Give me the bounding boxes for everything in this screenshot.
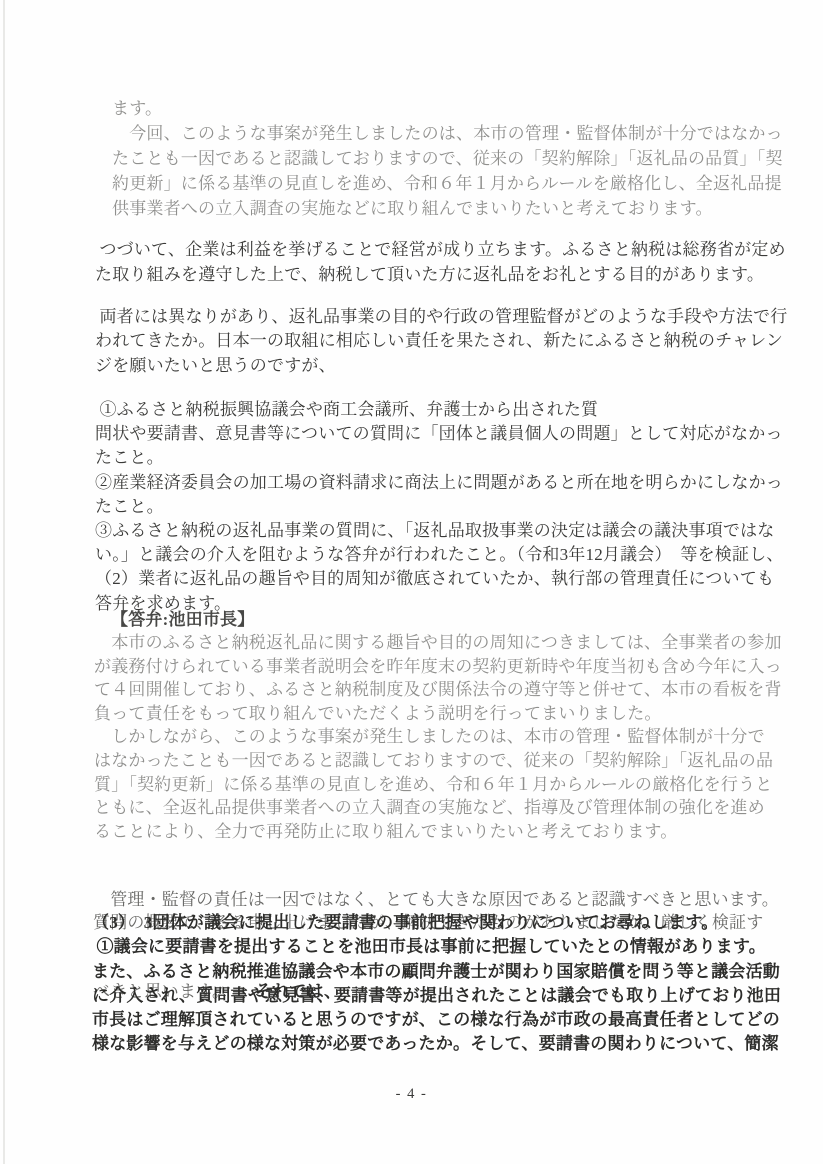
text-line: ③ふるさと納税の返礼品事業の質問に、「返礼品取扱事業の決定は議会の議決事項ではな	[95, 519, 784, 543]
question-difference-paragraph: 両者には異なりがあり、返礼品事業の目的や行政の管理監督がどのような手段や方法で行…	[95, 305, 787, 378]
text-line: た取り組みを遵守した上で、納税して頂いた方に返礼品をお礼とする目的があります。	[95, 263, 786, 288]
text-line: 約更新」に係る基準の見直しを進め、令和６年１月からルールを厳格化し、全返礼品提	[112, 171, 783, 196]
page-number: - 4 -	[0, 1086, 823, 1103]
question-intro-paragraph: つづいて、企業は利益を挙げることで経営が成り立ちます。ふるさと納税は総務省が定め…	[95, 238, 786, 287]
text-line: しかしながら、このような事案が発生しましたのは、本市の管理・監督体制が十分で	[94, 725, 782, 749]
text-line: 両者には異なりがあり、返礼品事業の目的や行政の管理監督がどのような手段や方法で行	[95, 305, 787, 329]
text-line: （2）業者に返礼品の趣旨や目的周知が徹底されていたか、執行部の管理責任についても	[95, 567, 784, 591]
text-line: つづいて、企業は利益を挙げることで経営が成り立ちます。ふるさと納税は総務省が定め	[95, 238, 786, 263]
text-line: 様な影響を与えどの様な対策が必要であったか。そして、要請書の関わりについて、簡潔	[92, 1032, 781, 1056]
text-line: ます。	[112, 96, 783, 121]
answer-header: 【答弁:池田市長】	[111, 608, 254, 632]
question-three-section: （3） 3団体が議会に提出した要請書の事前把握や関わりについてお尋ねします。 ①…	[92, 911, 781, 1057]
text-line: ジを願いたいと思うのですが、	[95, 354, 787, 378]
text-line: （3） 3団体が議会に提出した要請書の事前把握や関わりについてお尋ねします。	[92, 911, 781, 935]
text-line: はなかったことも一因であると認識しておりますので、従来の「契約解除」「返礼品の品	[94, 749, 782, 773]
text-line: また、ふるさと納税推進協議会や本市の顧問弁護士が関わり国家賠償を問う等と議会活動	[92, 960, 781, 984]
text-line: て４回開催しており、ふるさと納税制度及び関係法令の遵守等と併せて、本市の看板を背	[94, 678, 782, 702]
text-line: 質」「契約更新」に係る基準の見直しを進め、令和６年１月からルールの厳格化を行うと	[94, 773, 782, 797]
text-line: に介入され、質問書や意見書、要請書等が提出されたことは議会でも取り上げており池田	[92, 984, 781, 1008]
text-line: 負って責任をもって取り組んでいただくよう説明を行ってまいりました。	[94, 702, 782, 726]
text-line: ②産業経済委員会の加工場の資料請求に商法上に問題があると所在地を明らかにしなかっ	[95, 471, 784, 495]
text-line: 問状や要請書、意見書等についての質問に「団体と議員個人の問題」として対応がなかっ	[95, 422, 784, 446]
text-line: ①ふるさと納税振興協議会や商工会議所、弁護士から出された質	[95, 398, 784, 422]
text-line: ることにより、全力で再発防止に取り組んでまいりたいと考えております。	[94, 820, 782, 844]
scanned-document-page: ます。 今回、このような事案が発生しましたのは、本市の管理・監督体制が十分ではな…	[0, 0, 823, 1164]
text-line: い。」と議会の介入を阻むような答弁が行われたこと。（令和3年12月議会） 等を検…	[95, 543, 784, 567]
mayor-answer-paragraph: 本市のふるさと納税返礼品に関する趣旨や目的の周知につきましては、全事業者の参加が…	[94, 631, 782, 843]
text-line: 今回、このような事案が発生しましたのは、本市の管理・監督体制が十分ではなかっ	[112, 121, 783, 146]
text-line: 供事業者への立入調査の実施などに取り組んでまいりたいと考えております。	[112, 196, 783, 221]
mayor-answer-continuation-paragraph: ます。 今回、このような事案が発生しましたのは、本市の管理・監督体制が十分ではな…	[112, 96, 783, 221]
text-line: 市長はご理解頂されていると思うのですが、この様な行為が市政の最高責任者としてどの	[92, 1008, 781, 1032]
text-line: 本市のふるさと納税返礼品に関する趣旨や目的の周知につきましては、全事業者の参加	[94, 631, 782, 655]
text-line: われてきたか。日本一の取組に相応しい責任を果たされ、新たにふるさと納税のチャレン	[95, 329, 787, 353]
text-line: たこと。	[95, 495, 784, 519]
text-line: たこと。	[95, 446, 784, 470]
question-items-list: ①ふるさと納税振興協議会や商工会議所、弁護士から出された質問状や要請書、意見書等…	[95, 398, 784, 616]
scan-edge-artifact	[3, 0, 5, 1164]
text-line: 管理・監督の責任は一因ではなく、とても大きな原因であると認識すべきと思います。	[93, 888, 779, 911]
text-line: たことも一因であると認識しておりますので、従来の「契約解除」「返礼品の品質」「契	[112, 146, 783, 171]
text-line: ともに、全返礼品提供事業者への立入調査の実施など、指導及び管理体制の強化を進め	[94, 796, 782, 820]
text-line: ①議会に要請書を提出することを池田市長は事前に把握していたとの情報があります。	[92, 935, 781, 959]
text-line: が義務付けられている事業者説明会を昨年度末の契約更新時や年度当初も含め今年に入っ	[94, 655, 782, 679]
